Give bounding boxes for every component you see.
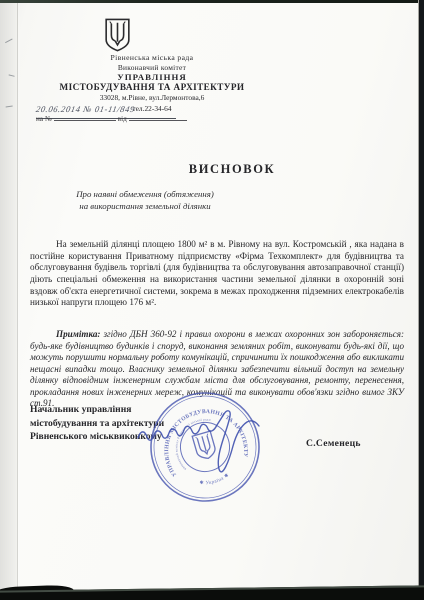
scan-edge-top [0, 0, 424, 3]
page-left-shading [0, 0, 17, 600]
paper-fold-line [17, 0, 18, 600]
ref-prefix-label: на № [36, 115, 52, 123]
subtitle-line-1: Про наявні обмеження (обтяження) [30, 188, 260, 200]
signer-name: С.Семенець [306, 438, 361, 449]
org-name-executive-committee: Виконавчий комітет [32, 63, 272, 73]
org-name-department-line2: МІСТОБУДУВАННЯ ТА АРХІТЕКТУРИ [32, 83, 272, 93]
document-subtitle: Про наявні обмеження (обтяження) на вико… [30, 188, 260, 212]
ref-vid-label: від [118, 115, 127, 123]
org-name-city-council: Рівненська міська рада [32, 53, 272, 63]
incoming-reference-line: на №від [36, 114, 187, 123]
scanned-document-page: Рівненська міська рада Виконавчий коміте… [0, 0, 424, 600]
subtitle-line-2: на використання земельної ділянки [30, 200, 260, 212]
body-paragraph: На земельній ділянці площею 1800 м² в м.… [30, 239, 404, 309]
document-title: ВИСНОВОК [40, 162, 424, 177]
note-label: Примітка: [56, 329, 100, 339]
ref-date-blank [129, 114, 187, 121]
handwritten-date-and-number: 20.06.2014 № 01-11/849 [35, 104, 136, 114]
scan-edge-right [418, 0, 424, 600]
margin-pencil-mark [6, 106, 14, 113]
ref-number-blank [54, 114, 116, 121]
ukraine-trident-emblem-icon [104, 18, 131, 52]
handwritten-signature [120, 386, 330, 501]
